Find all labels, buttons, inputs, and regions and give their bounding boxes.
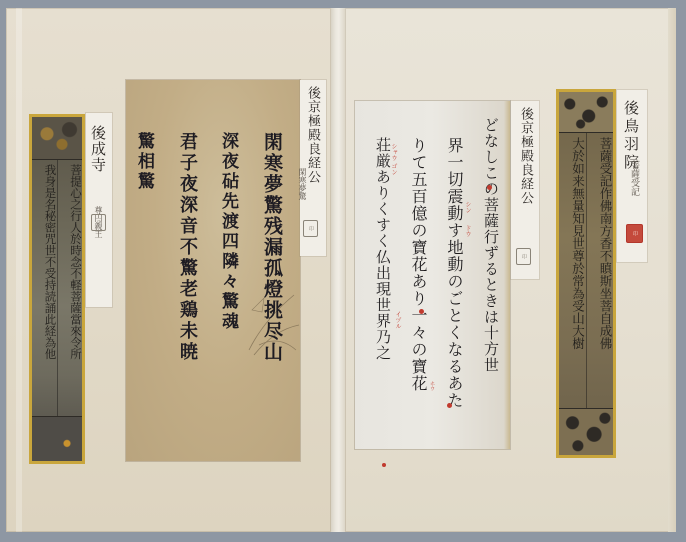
furigana-annotation: シャウ [389,143,398,161]
page-edge-line [16,8,22,532]
red-dot-mark [487,185,492,190]
strip-decorated-header [559,92,613,133]
red-seal-stamp-icon: 印 [626,224,643,243]
strip-text-columns: 菩薩受記作佛南方香不瞋斯坐菩自成佛 大於如来無量知見世尊於常為受山大樹 [559,133,613,409]
right-calligraphy-sheet: どなしこの菩薩行ずるときは十方世 界一切震動す地動のごとくなるあた りて五百億の… [355,101,510,449]
strip-column: 菩提心之行人於時念不軽菩薩當來令所 [57,160,83,417]
strip-column: 大於如来無量知見世尊於常為受山大樹 [559,133,586,409]
furigana-annotation: シン [463,201,472,213]
furigana-annotation: ゴン [389,163,398,175]
red-dot-mark [447,403,452,408]
label-attribution: 閑寒夢驚 [298,168,307,200]
seal-stamp-icon: 印 [303,220,318,237]
calligraphy-column: 界一切震動す地動のごとくなるあた [445,137,464,409]
furigana-annotation: イヅル [393,311,402,329]
page-edge [668,8,676,532]
strip-column: 菩薩受記作佛南方香不瞋斯坐菩自成佛 [586,133,614,409]
calligraphy-column: 閑寒夢驚残漏孤燈挑尽山 [260,132,282,363]
label-attribution-slip: 菩薩受記 [630,160,644,220]
strip-column: 我身是名秘密咒世不受持読誦此経為他 [32,160,57,417]
strip-text-columns: 菩提心之行人於時念不軽菩薩當來令所 我身是名秘密咒世不受持読誦此経為他 [32,160,82,417]
label-title: 後成寺 [89,125,107,173]
left-calligraphy-sheet: 閑寒夢驚残漏孤燈挑尽山 深夜砧先渡四隣々驚魂 君子夜深音不驚老鶏未暁 驚相驚 [126,80,300,461]
strip-decorated-footer [32,416,82,461]
label-attribution-slip: 閑寒夢驚 [300,168,312,228]
right-sutra-strip: 菩薩受記作佛南方香不瞋斯坐菩自成佛 大於如来無量知見世尊於常為受山大樹 [556,89,616,458]
red-dot-mark [382,463,386,467]
calligraphy-column: りて五百億の寶花あり一々の寶花 [409,137,428,392]
red-dot-mark [419,309,424,314]
calligraphy-column: 驚相驚 [134,132,154,192]
furigana-annotation: ホウ [429,381,436,391]
strip-decorated-footer [559,408,613,455]
strip-decorated-header [32,117,82,160]
calligraphy-column: 深夜砧先渡四隣々驚魂 [218,132,238,332]
calligraphy-column: どなしこの菩薩行ずるときは十方世 [482,117,500,373]
attribution-label: 後成寺 尊円親王 [86,113,112,307]
label-attribution: 菩薩受記 [629,160,639,196]
calligraphy-column: 君子夜深音不驚老鶏未暁 [176,132,198,363]
furigana-annotation: ドウ [463,225,472,237]
seal-stamp-icon: 印 [516,248,531,265]
label-title: 後京極殿良経公 [518,107,533,205]
left-sutra-strip: 菩提心之行人於時念不軽菩薩當來令所 我身是名秘密咒世不受持読誦此経為他 [29,114,85,464]
album-gutter [331,8,345,532]
seal-stamp-icon: 印 [91,214,106,231]
